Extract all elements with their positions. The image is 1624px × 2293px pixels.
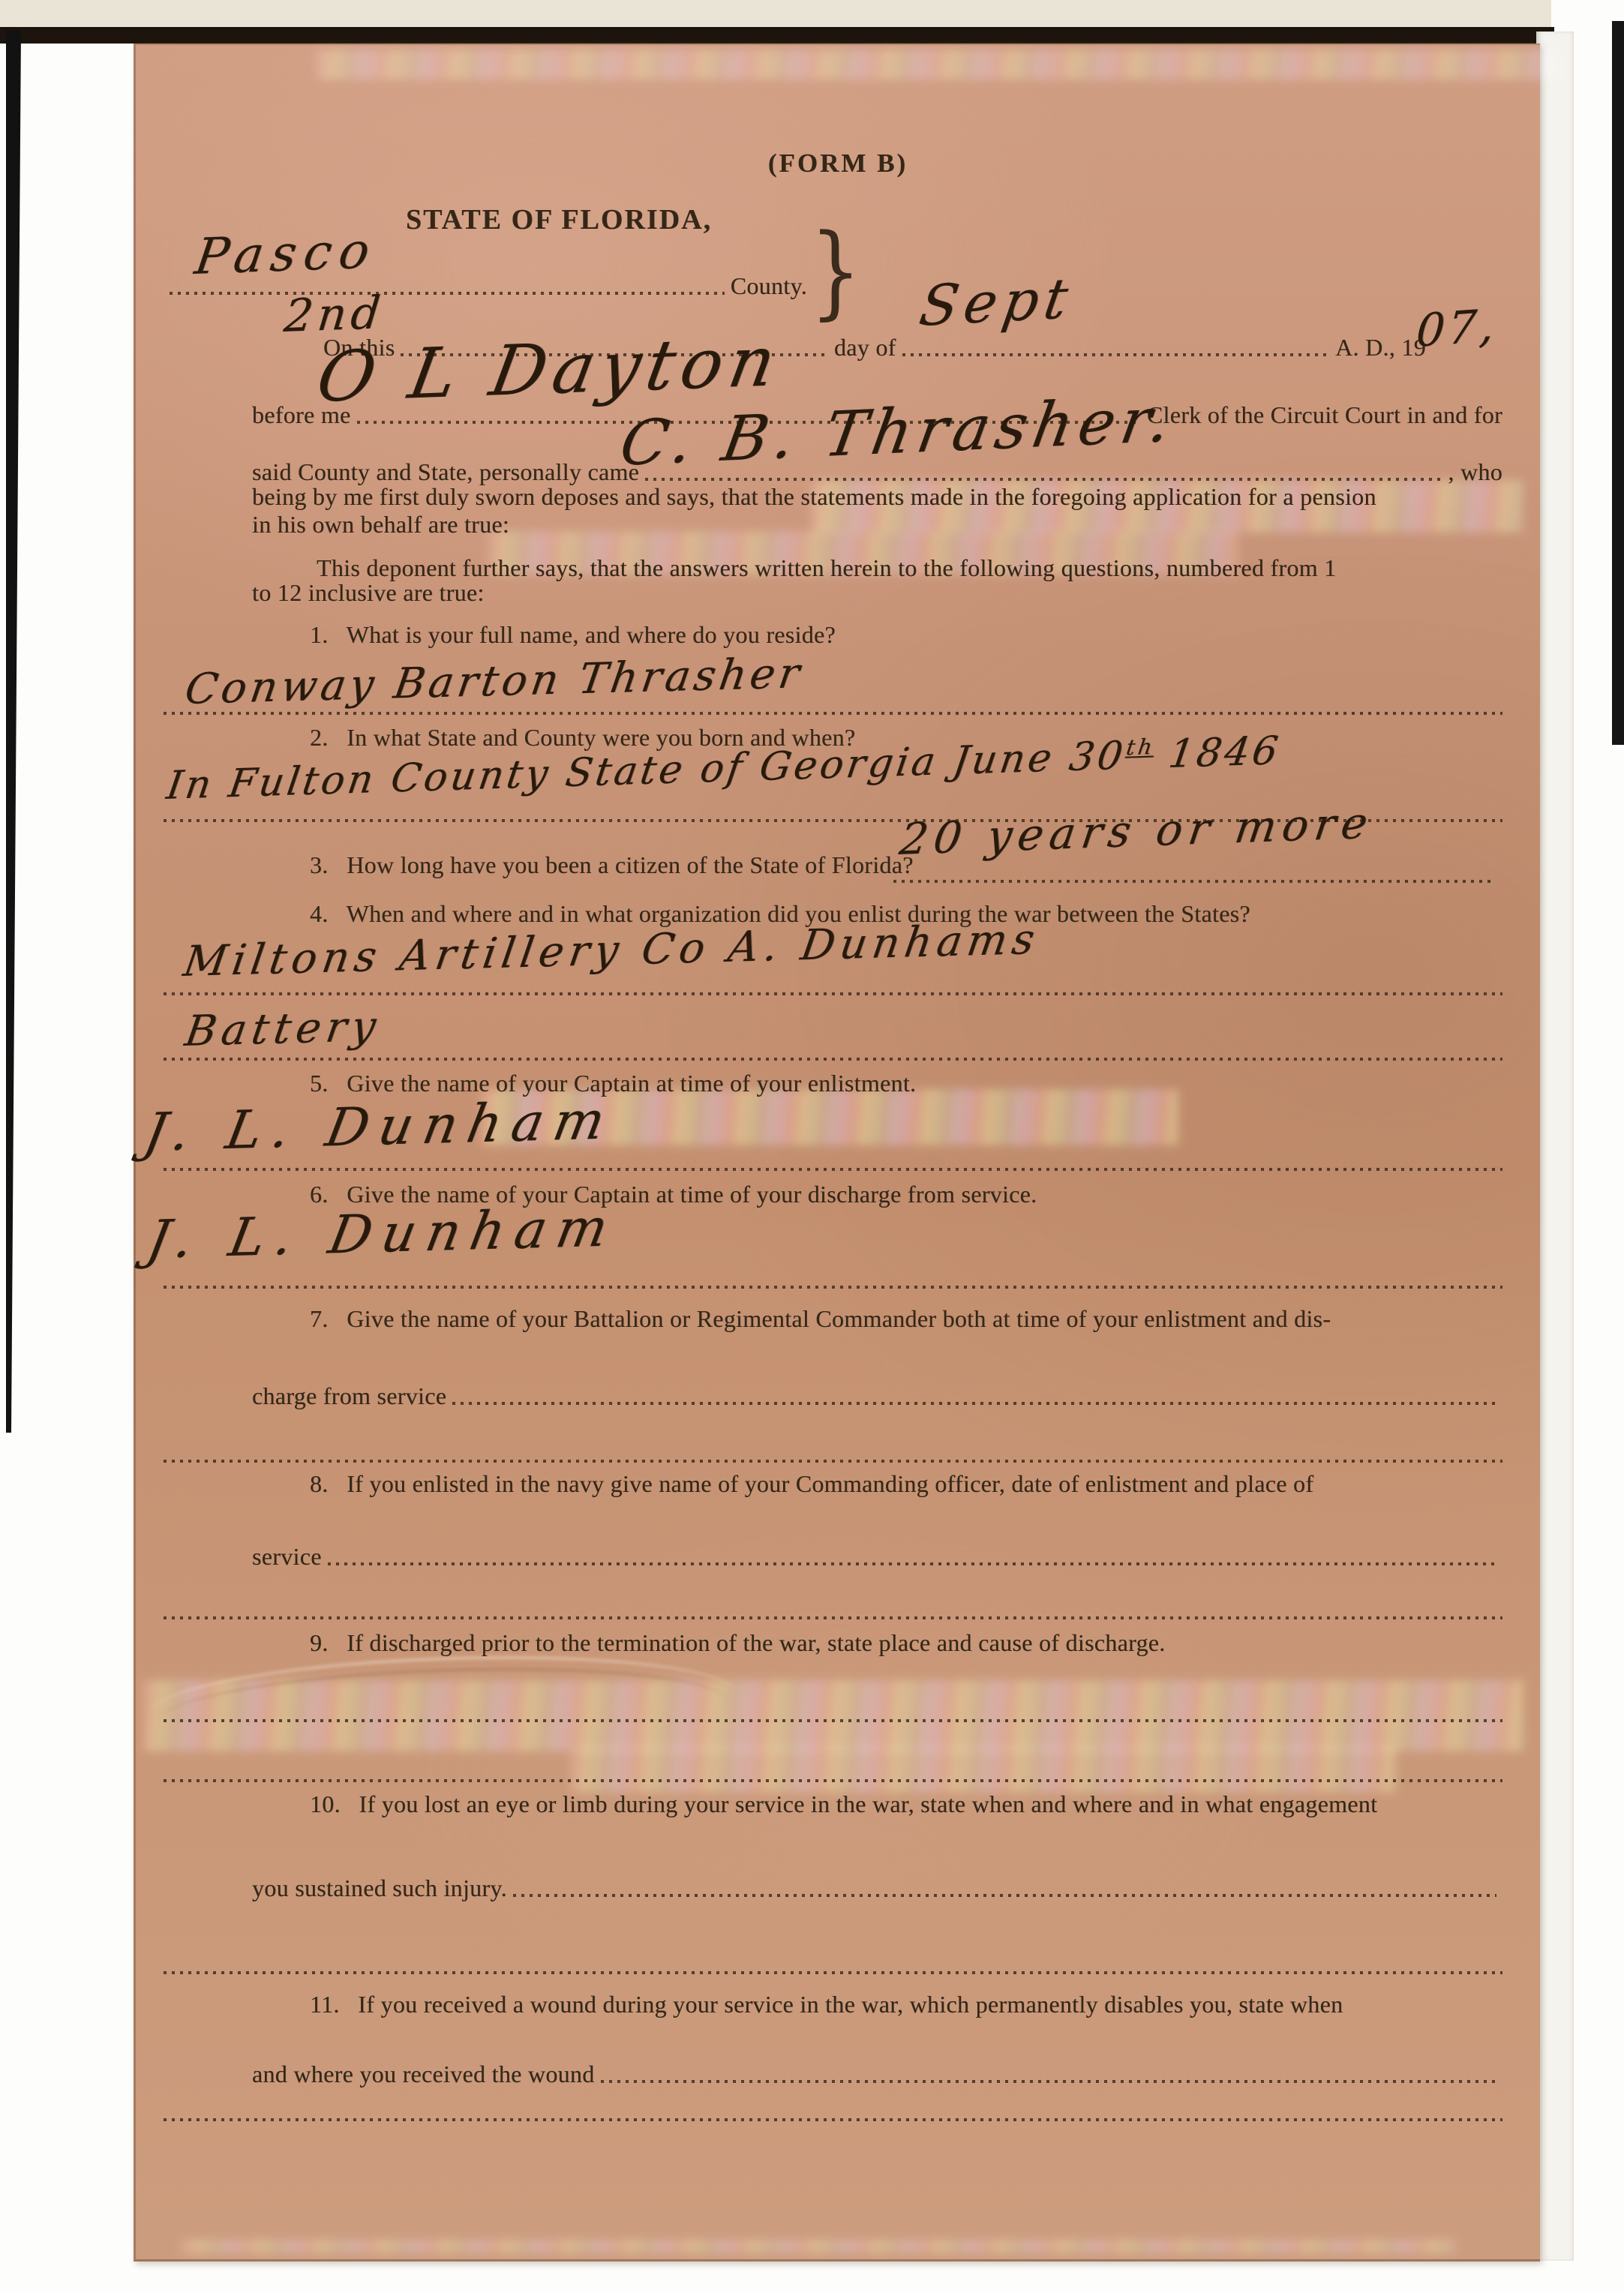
handwritten-q6-answer: J. L. Dunham	[143, 1201, 622, 1266]
scan-glare-band	[181, 2239, 1456, 2254]
q2-answer-superscript: th	[1124, 734, 1157, 760]
handwritten-q3-answer: 20 years or more	[897, 801, 1376, 861]
scanned-document: (FORM B) STATE OF FLORIDA, County. } Pas…	[0, 0, 1624, 2293]
question-9: 9. If discharged prior to the terminatio…	[310, 1629, 1166, 1657]
answer-dotted-line	[164, 1971, 1502, 1974]
who-label: , who	[1448, 458, 1502, 486]
sleeve-edge	[1536, 32, 1574, 2261]
ad-year-label: A. D., 19	[1335, 334, 1426, 362]
question-7-line1: 7. Give the name of your Battalion or Re…	[310, 1305, 1331, 1333]
state-heading: STATE OF FLORIDA,	[406, 204, 712, 237]
question-8-continuation: service	[252, 1543, 322, 1571]
question-7-line2: charge from service	[252, 1377, 1502, 1410]
paper-crease	[157, 1660, 729, 1763]
handwritten-day: 2nd	[282, 290, 386, 339]
question-10-line1: 10. If you lost an eye or limb during yo…	[310, 1790, 1377, 1818]
question-10-continuation: you sustained such injury.	[252, 1874, 507, 1902]
answer-dotted-line	[164, 1779, 1502, 1782]
document-page: (FORM B) STATE OF FLORIDA, County. } Pas…	[134, 44, 1540, 2261]
sworn-text-line1: being by me first duly sworn deposes and…	[252, 483, 1376, 511]
sworn-text-line2: in his own behalf are true:	[252, 511, 509, 539]
dot-leader	[601, 2080, 1496, 2083]
answer-dotted-line	[164, 712, 1502, 715]
county-label: County.	[731, 272, 807, 300]
answer-dotted-line	[164, 992, 1502, 995]
scanner-left-edge	[6, 30, 21, 1433]
scanner-right-edge	[1612, 21, 1624, 745]
question-3: 3. How long have you been a citizen of t…	[310, 851, 914, 879]
scan-glare-band	[571, 1748, 1396, 1793]
form-title: (FORM B)	[136, 149, 1540, 179]
question-11-line2: and where you received the wound	[252, 2055, 1502, 2088]
handwritten-year: 07,	[1415, 303, 1498, 354]
handwritten-clerk-name: O L Dayton	[312, 327, 787, 413]
handwritten-q1-answer: Conway Barton Thrasher	[182, 653, 806, 711]
day-of-label: day of	[834, 334, 896, 362]
question-8-line2: service	[252, 1538, 1502, 1571]
came-label: said County and State, personally came	[252, 458, 639, 486]
question-11-continuation: and where you received the wound	[252, 2060, 595, 2088]
handwritten-q4-answer-line1: Miltons Artillery Co A. Dunhams	[181, 919, 1043, 983]
question-1: 1. What is your full name, and where do …	[310, 621, 836, 649]
question-10-line2: you sustained such injury.	[252, 1869, 1502, 1902]
answer-dotted-line	[164, 1168, 1502, 1171]
answer-dotted-line	[164, 1058, 1502, 1061]
question-8-line1: 8. If you enlisted in the navy give name…	[310, 1470, 1313, 1498]
dot-leader	[513, 1894, 1496, 1897]
clerk-title-label: Clerk of the Circuit Court in and for	[1147, 401, 1502, 429]
answer-dotted-line	[164, 2118, 1502, 2121]
handwritten-q5-answer: J. L. Dunham	[140, 1094, 619, 1159]
dot-leader	[170, 292, 725, 295]
dot-leader	[328, 1562, 1496, 1565]
question-7-continuation: charge from service	[252, 1382, 446, 1410]
county-brace-icon: }	[810, 221, 862, 322]
handwritten-q4-answer-line2: Battery	[182, 1006, 383, 1053]
answer-dotted-line	[164, 1719, 1502, 1722]
deponent-text-line2: to 12 inclusive are true:	[252, 579, 485, 607]
deponent-text-line1: This deponent further says, that the ans…	[317, 554, 1336, 582]
answer-dotted-line	[164, 1460, 1502, 1463]
answer-dotted-line	[893, 880, 1493, 883]
question-11-line1: 11. If you received a wound during your …	[310, 1991, 1343, 2018]
dot-leader	[452, 1402, 1496, 1405]
handwritten-month: Sept	[916, 271, 1077, 335]
scan-glare-band	[41, 1710, 128, 1905]
handwritten-county: Pasco	[192, 226, 380, 282]
dot-leader	[645, 478, 1442, 481]
scan-glare-band	[316, 50, 1561, 80]
dot-leader	[902, 353, 1329, 356]
scanner-top-edge	[0, 27, 1554, 44]
q2-answer-year: 1846	[1166, 728, 1283, 777]
answer-dotted-line	[164, 1616, 1502, 1619]
answer-dotted-line	[164, 1286, 1502, 1289]
scanner-top-strip	[0, 0, 1551, 29]
